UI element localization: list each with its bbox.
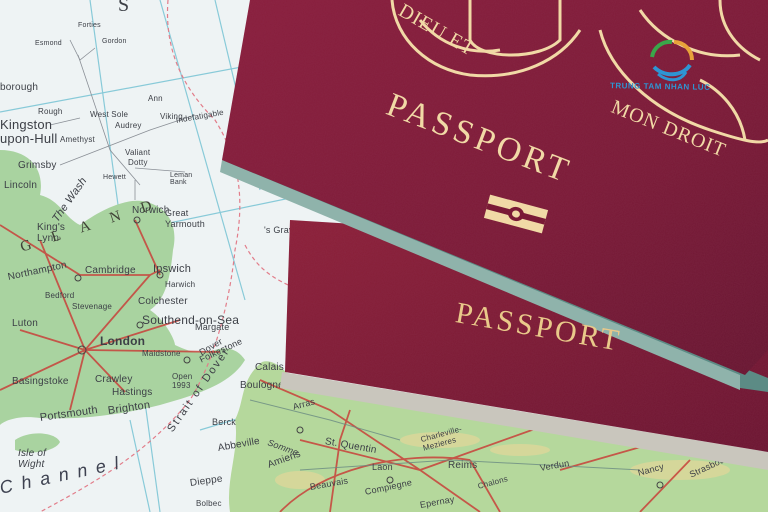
watermark-text: TRUNG TAM NHAN LUC	[610, 81, 711, 92]
photo-scene: S Forties Esmond Gordon borough Rough We…	[0, 0, 768, 512]
passports-layer	[0, 0, 768, 512]
